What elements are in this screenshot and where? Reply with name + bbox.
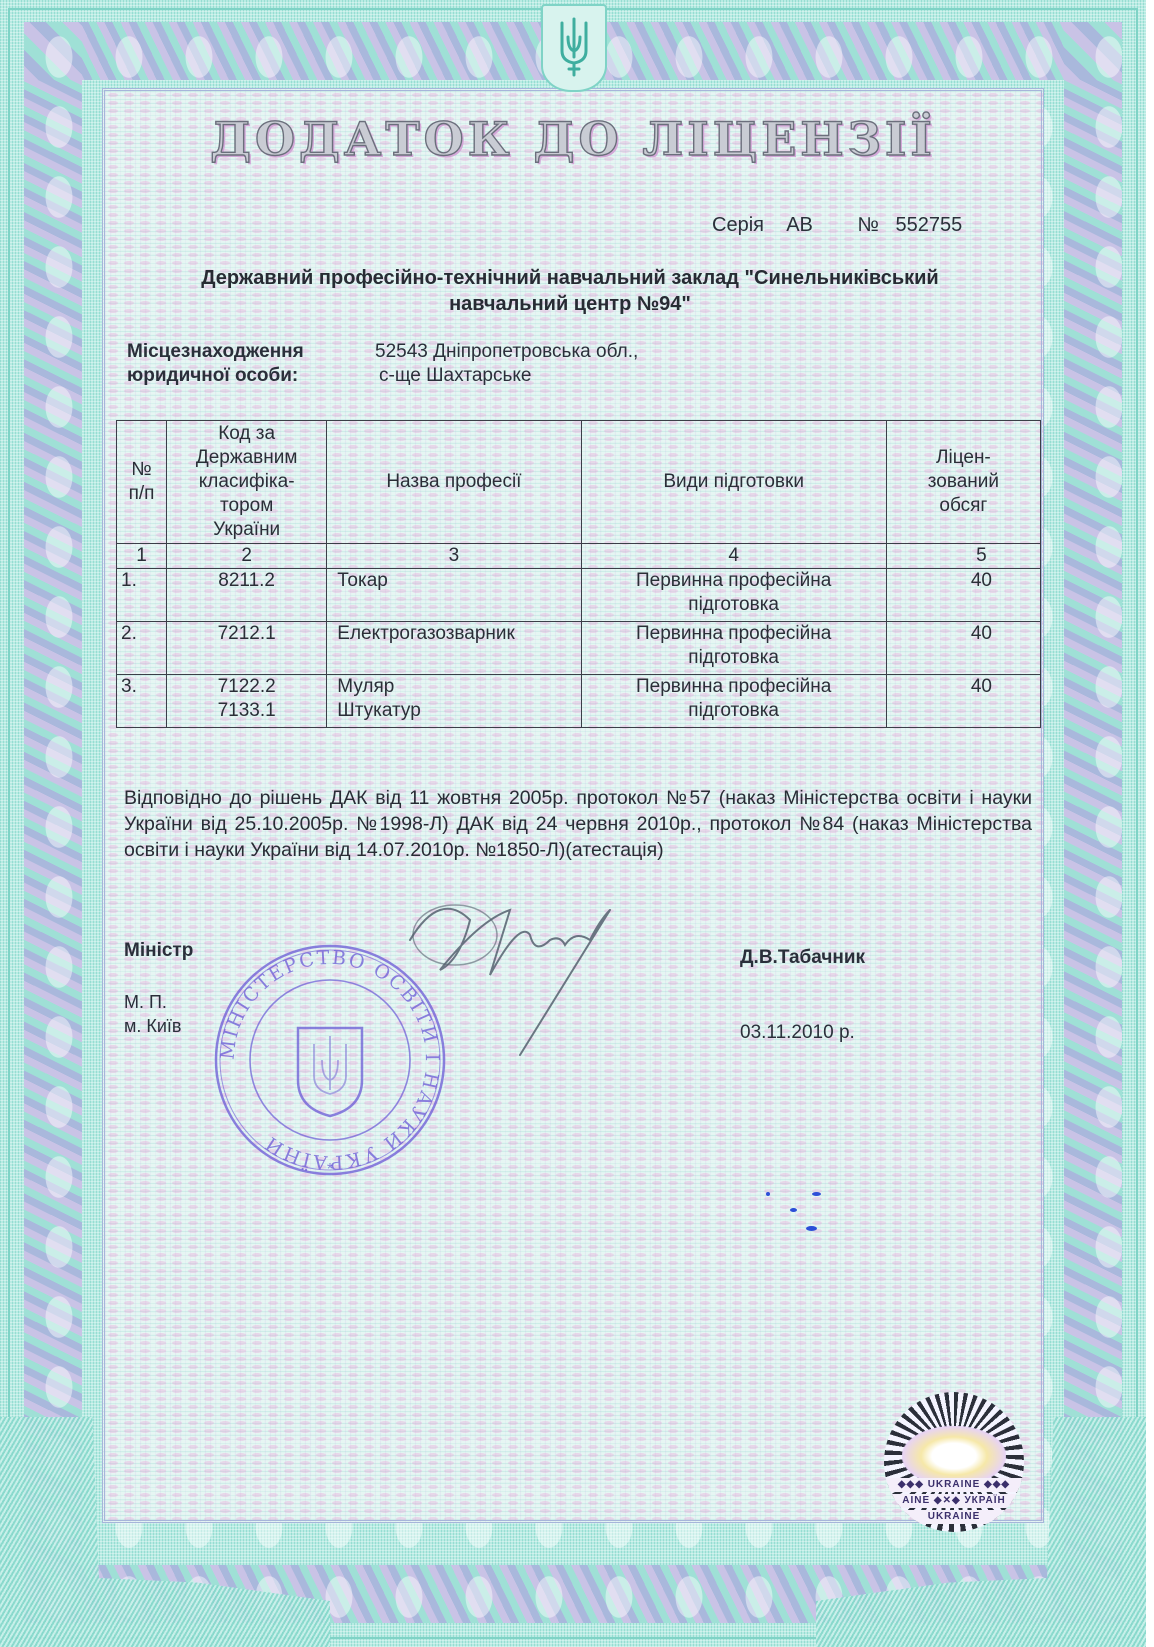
seal-place: М. П. м. Київ: [124, 990, 181, 1038]
table-row: 1.8211.2ТокарПервинна професійнапідготов…: [117, 569, 1041, 622]
header-number: №п/п: [117, 421, 167, 544]
table-header-row: №п/п Код заДержавнимкласифіка-торомУкраї…: [117, 421, 1041, 544]
profession-name: Токар: [327, 569, 581, 622]
training-type: Первинна професійнапідготовка: [581, 622, 886, 675]
coat-of-arms-trident-icon: [541, 4, 607, 92]
svg-text:*: *: [327, 1161, 333, 1178]
licensed-volume: 40: [886, 569, 1040, 622]
series-number-line: Серія АВ № 552755: [712, 214, 962, 237]
header-licensed-volume: Ліцен-зованийобсяг: [886, 421, 1040, 544]
profession-name: МулярШтукатур: [327, 675, 581, 728]
signatory-name: Д.В.Табачник: [740, 947, 865, 969]
decision-text: Відповідно до рішень ДАК від 11 жовтня 2…: [124, 785, 1032, 863]
series-label: Серія: [712, 214, 764, 237]
profession-name: Електрогазозварник: [327, 622, 581, 675]
training-type: Первинна професійнапідготовка: [581, 675, 886, 728]
signature-date: 03.11.2010 р.: [740, 1022, 855, 1044]
licensed-volume: 40: [886, 675, 1040, 728]
signatory-position: Міністр: [124, 940, 193, 962]
ink-speck: [766, 1192, 770, 1196]
row-number: 3.: [117, 675, 167, 728]
licensed-volume: 40: [886, 622, 1040, 675]
ink-speck: [812, 1192, 821, 1196]
series-value: АВ: [786, 214, 813, 237]
location-value: 52543 Дніпропетровська обл., с-ще Шахтар…: [375, 340, 638, 388]
ink-speck: [790, 1208, 797, 1212]
table-row: 3.7122.27133.1МулярШтукатурПервинна проф…: [117, 675, 1041, 728]
row-number: 1.: [117, 569, 167, 622]
document-title: ДОДАТОК ДО ЛІЦЕНЗІЇ: [0, 112, 1146, 166]
table-row: 2.7212.1ЕлектрогазозварникПервинна профе…: [117, 622, 1041, 675]
classifier-code: 8211.2: [167, 569, 327, 622]
training-type: Первинна професійнапідготовка: [581, 569, 886, 622]
number-label: №: [857, 214, 878, 237]
number-value: 552755: [895, 214, 962, 237]
institution-name: Державний професійно-технічний навчальни…: [130, 265, 1010, 317]
header-code: Код заДержавнимкласифіка-торомУкраїни: [167, 421, 327, 544]
professions-table: №п/п Код заДержавнимкласифіка-торомУкраї…: [116, 420, 1041, 728]
ink-speck: [806, 1226, 817, 1231]
classifier-code: 7122.27133.1: [167, 675, 327, 728]
handwritten-signature: [400, 880, 640, 1060]
classifier-code: 7212.1: [167, 622, 327, 675]
column-numbers-row: 1 2 3 4 5: [117, 544, 1041, 569]
row-number: 2.: [117, 622, 167, 675]
header-profession: Назва професії: [327, 421, 581, 544]
location-label: Місцезнаходження юридичної особи:: [127, 340, 304, 388]
header-training-type: Види підготовки: [581, 421, 886, 544]
ukraine-hologram-icon: ◆◆◆ UKRAINE ◆◆◆ AINE ◆✕◆ УКРАЇН UKRAINE: [884, 1392, 1024, 1532]
